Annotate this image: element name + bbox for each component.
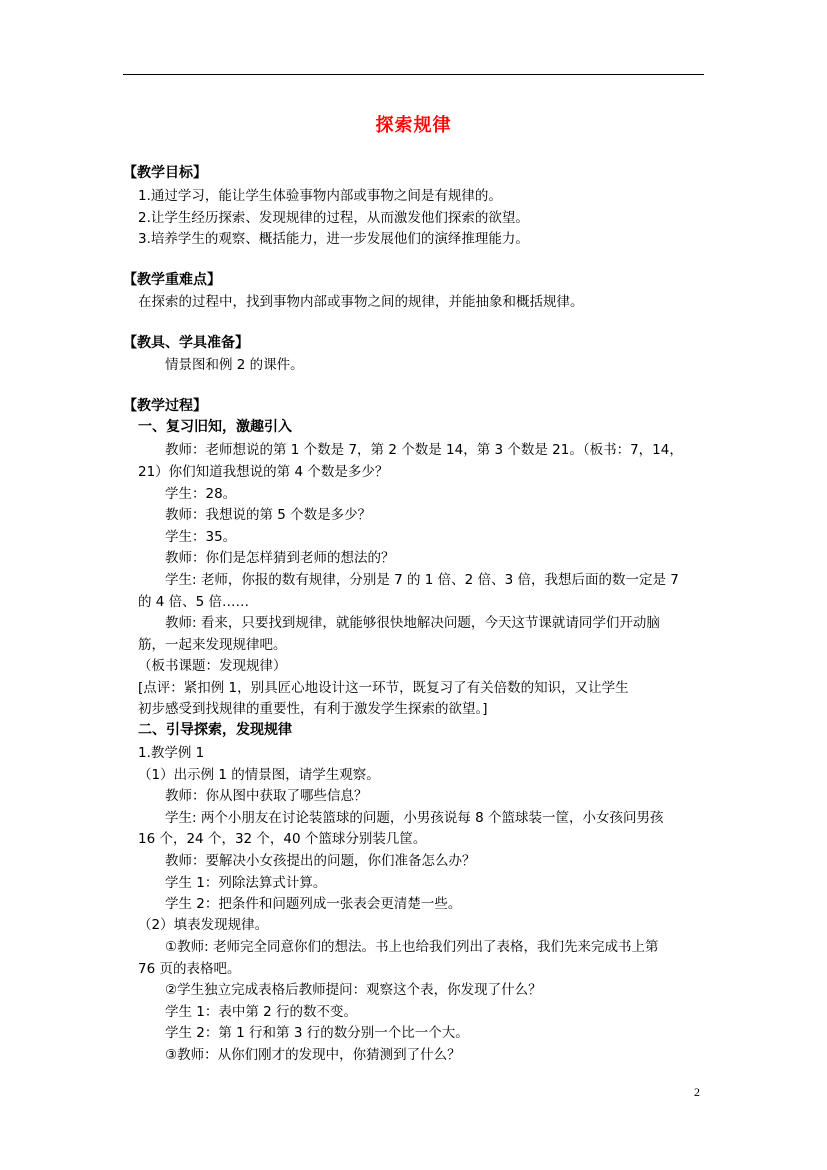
paragraph-line: 学生 1：表中第 2 行的数不变。 bbox=[165, 1002, 357, 1022]
paragraph-line: 学生：35。 bbox=[165, 527, 236, 547]
paragraph-line: 教师：你们是怎样猜到老师的想法的？ bbox=[165, 548, 395, 568]
paragraph-line: 学生 2：把条件和问题列成一张表会更清楚一些。 bbox=[165, 894, 461, 914]
goal-item: 2.让学生经历探索、发现规律的过程，从而激发他们探索的欲望。 bbox=[138, 208, 529, 228]
paragraph-line: 21）你们知道我想说的第 4 个数是多少？ bbox=[138, 462, 388, 482]
paragraph-line: 学生: 两个小朋友在讨论装篮球的问题，小男孩说每 8 个篮球装一筐，小女孩问男孩 bbox=[165, 808, 664, 828]
part2-heading: 二、引导探索，发现规律 bbox=[138, 720, 292, 740]
paragraph-line: （2）填表发现规律。 bbox=[138, 915, 268, 935]
paragraph-line: 1.教学例 1 bbox=[138, 743, 204, 763]
comment-line: [点评：紧扣例 1，别具匠心地设计这一环节，既复习了有关倍数的知识，又让学生 bbox=[138, 678, 629, 698]
paragraph-line: 教师：我想说的第 5 个数是多少？ bbox=[165, 505, 371, 525]
paragraph-line: ①教师: 老师完全同意你们的想法。书上也给我们列出了表格，我们先来完成书上第 bbox=[165, 937, 658, 957]
section-heading-materials: 【教具、学具准备】 bbox=[123, 333, 249, 353]
key-points-text: 在探索的过程中，找到事物内部或事物之间的规律，并能抽象和概括规律。 bbox=[138, 292, 584, 312]
paragraph-line: 学生 1：列除法算式计算。 bbox=[165, 873, 326, 893]
paragraph-line: 学生: 老师，你报的数有规律，分别是 7 的 1 倍、2 倍、3 倍，我想后面的… bbox=[165, 570, 679, 590]
section-heading-goals: 【教学目标】 bbox=[123, 163, 207, 183]
page-number: 2 bbox=[694, 1085, 700, 1100]
goal-item: 1.通过学习，能让学生体验事物内部或事物之间是有规律的。 bbox=[138, 186, 502, 206]
comment-line: 初步感受到找规律的重要性，有利于激发学生探索的欲望。] bbox=[138, 699, 488, 719]
paragraph-line: 16 个，24 个，32 个，40 个篮球分别装几筐。 bbox=[138, 829, 426, 849]
paragraph-line: 教师：老师想说的第 1 个数是 7，第 2 个数是 14，第 3 个数是 21。… bbox=[165, 440, 683, 460]
section-heading-key-points: 【教学重难点】 bbox=[123, 270, 221, 290]
paragraph-line: 的 4 倍、5 倍…… bbox=[138, 592, 249, 612]
header-rule bbox=[123, 74, 704, 75]
part1-heading: 一、复习旧知，激趣引入 bbox=[138, 417, 292, 437]
paragraph-line: （板书课题：发现规律） bbox=[138, 656, 287, 676]
paragraph-line: 76 页的表格吧。 bbox=[138, 959, 240, 979]
section-heading-process: 【教学过程】 bbox=[123, 396, 207, 416]
page-title: 探索规律 bbox=[0, 111, 827, 137]
paragraph-line: ②学生独立完成表格后教师提问：观察这个表，你发现了什么？ bbox=[165, 980, 542, 1000]
paragraph-line: 教师：要解决小女孩提出的问题，你们准备怎么办？ bbox=[165, 851, 476, 871]
paragraph-line: ③教师：从你们刚才的发现中，你猜测到了什么？ bbox=[165, 1045, 461, 1065]
paragraph-line: 学生 2：第 1 行和第 3 行的数分别一个比一个大。 bbox=[165, 1023, 469, 1043]
paragraph-line: 学生：28。 bbox=[165, 484, 236, 504]
paragraph-line: （1）出示例 1 的情景图，请学生观察。 bbox=[138, 765, 380, 785]
materials-text: 情景图和例 2 的课件。 bbox=[165, 355, 304, 375]
paragraph-line: 筋，一起来发现规律吧。 bbox=[138, 635, 287, 655]
paragraph-line: 教师：你从图中获取了哪些信息？ bbox=[165, 786, 368, 806]
goal-item: 3.培养学生的观察、概括能力，进一步发展他们的演绎推理能力。 bbox=[138, 229, 529, 249]
paragraph-line: 教师: 看来，只要找到规律，就能够很快地解决问题，今天这节课就请同学们开动脑 bbox=[165, 613, 660, 633]
